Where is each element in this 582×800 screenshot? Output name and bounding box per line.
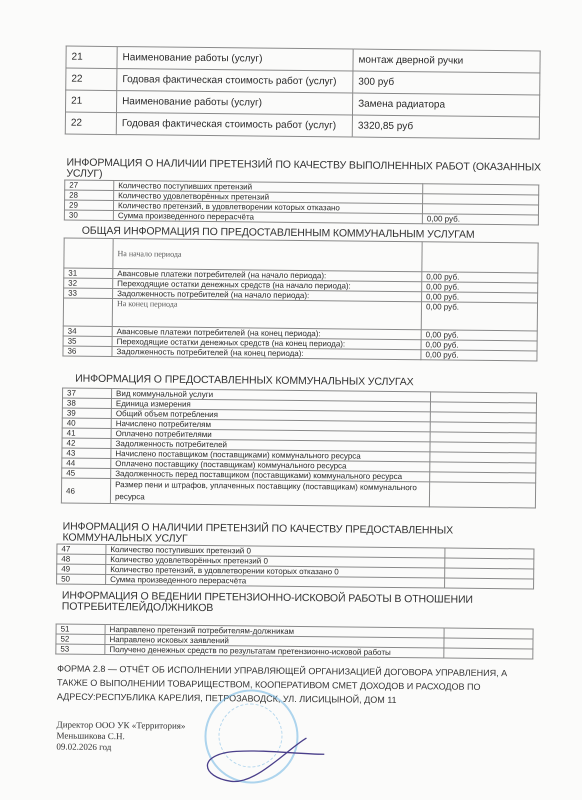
row-number: 40 xyxy=(62,418,111,429)
row-value: 0,00 руб. xyxy=(421,350,537,361)
row-number: 21 xyxy=(66,46,117,69)
row-value: 0,00 руб. xyxy=(422,214,538,225)
row-number: 41 xyxy=(62,428,111,439)
row-number: 29 xyxy=(64,200,113,211)
row-value: 0,00 руб. xyxy=(422,292,538,303)
row-label: Годовая фактическая стоимость работ (усл… xyxy=(116,113,352,137)
period-start-label: На начало периода xyxy=(113,239,422,272)
row-number: 22 xyxy=(65,112,116,135)
row-number: 32 xyxy=(64,278,113,289)
signature-mark xyxy=(196,729,327,790)
row-value xyxy=(444,648,533,659)
table-row: 46Размер пени и штрафов, уплаченных пост… xyxy=(61,478,535,508)
row-value: 0,00 руб. xyxy=(422,272,538,283)
row-value: 0,00 руб. xyxy=(421,340,537,351)
row-value: 300 руб xyxy=(353,71,540,95)
lawsuits-table: 51Направлено претензий потребителям-долж… xyxy=(55,623,533,659)
row-value: монтаж дверной ручки xyxy=(353,49,540,73)
row-label: Наименование работы (услуг) xyxy=(117,47,353,71)
row-number: 53 xyxy=(56,644,105,655)
row-number: 43 xyxy=(62,448,111,459)
section-title-lawsuits: ИНФОРМАЦИЯ О ВЕДЕНИИ ПРЕТЕНЗИОННО-ИСКОВО… xyxy=(62,591,502,618)
row-number: 22 xyxy=(66,68,117,91)
services-table: 37Вид коммунальной услуги38Единица измер… xyxy=(61,388,537,509)
row-label: Наименование работы (услуг) xyxy=(116,91,352,115)
document-page: 21 Наименование работы (услуг) монтаж дв… xyxy=(0,0,582,800)
row-label: Сумма произведенного перерасчёта xyxy=(106,574,445,588)
row-label: Годовая фактическая стоимость работ (усл… xyxy=(117,69,353,93)
signature-date: 09.02.2026 год xyxy=(56,741,185,753)
row-number: 27 xyxy=(65,180,114,191)
period-end-label: На конец периода xyxy=(112,299,421,330)
row-number: 47 xyxy=(57,544,106,555)
row-number: 44 xyxy=(62,458,111,469)
row-number: 36 xyxy=(63,346,112,357)
row-number: 46 xyxy=(61,478,110,504)
row-value xyxy=(445,578,534,589)
claims-works-table: 27 Количество поступивших претензий 28 К… xyxy=(64,180,539,226)
row-number: 28 xyxy=(65,190,114,201)
row-number: 34 xyxy=(63,326,112,337)
section-title-services: ИНФОРМАЦИЯ О ПРЕДОСТАВЛЕННЫХ КОММУНАЛЬНЫ… xyxy=(75,374,414,389)
row-number: 39 xyxy=(62,408,111,419)
row-number: 38 xyxy=(62,398,111,409)
row-number: 45 xyxy=(62,468,111,479)
row-value: Замена радиатора xyxy=(352,93,539,117)
row-number: 31 xyxy=(64,268,113,279)
signature-block: Директор ООО УК «Территория» Меньшикова … xyxy=(56,719,185,753)
claims-services-table: 47Количество поступивших претензий 048Ко… xyxy=(56,543,534,589)
row-number: 42 xyxy=(62,438,111,449)
row-number: 51 xyxy=(56,624,105,635)
row-number: 37 xyxy=(63,388,112,399)
row-number: 33 xyxy=(64,288,113,299)
row-number: 50 xyxy=(57,574,106,585)
row-number: 35 xyxy=(63,336,112,347)
row-number: 21 xyxy=(66,90,117,113)
row-label: Задолженность потребителей (на конец пер… xyxy=(112,347,421,360)
row-value: 0,00 руб. xyxy=(421,330,537,341)
table-row: На начало периода xyxy=(64,238,538,273)
row-number: 49 xyxy=(57,564,106,575)
row-label: Размер пени и штрафов, уплаченных постав… xyxy=(110,479,429,507)
form-title: ФОРМА 2.8 — ОТЧЁТ ОБ ИСПОЛНЕНИИ УПРАВЛЯЮ… xyxy=(57,661,537,708)
table-row: 22 Годовая фактическая стоимость работ (… xyxy=(65,112,539,139)
row-number: 52 xyxy=(56,634,105,645)
row-value: 0,00 руб. xyxy=(421,302,537,331)
row-value xyxy=(429,482,535,508)
row-value: 3320,85 руб xyxy=(352,115,539,139)
row-number: 30 xyxy=(64,210,113,221)
row-value: 0,00 руб. xyxy=(422,282,538,293)
row-label: Получено денежных средств по результатам… xyxy=(105,644,444,658)
works-table: 21 Наименование работы (услуг) монтаж дв… xyxy=(65,46,541,140)
row-number: 48 xyxy=(57,554,106,565)
row-label: Сумма произведенного перерасчёта xyxy=(113,211,422,224)
general-info-table: На начало периода 31 Авансовые платежи п… xyxy=(62,238,538,362)
